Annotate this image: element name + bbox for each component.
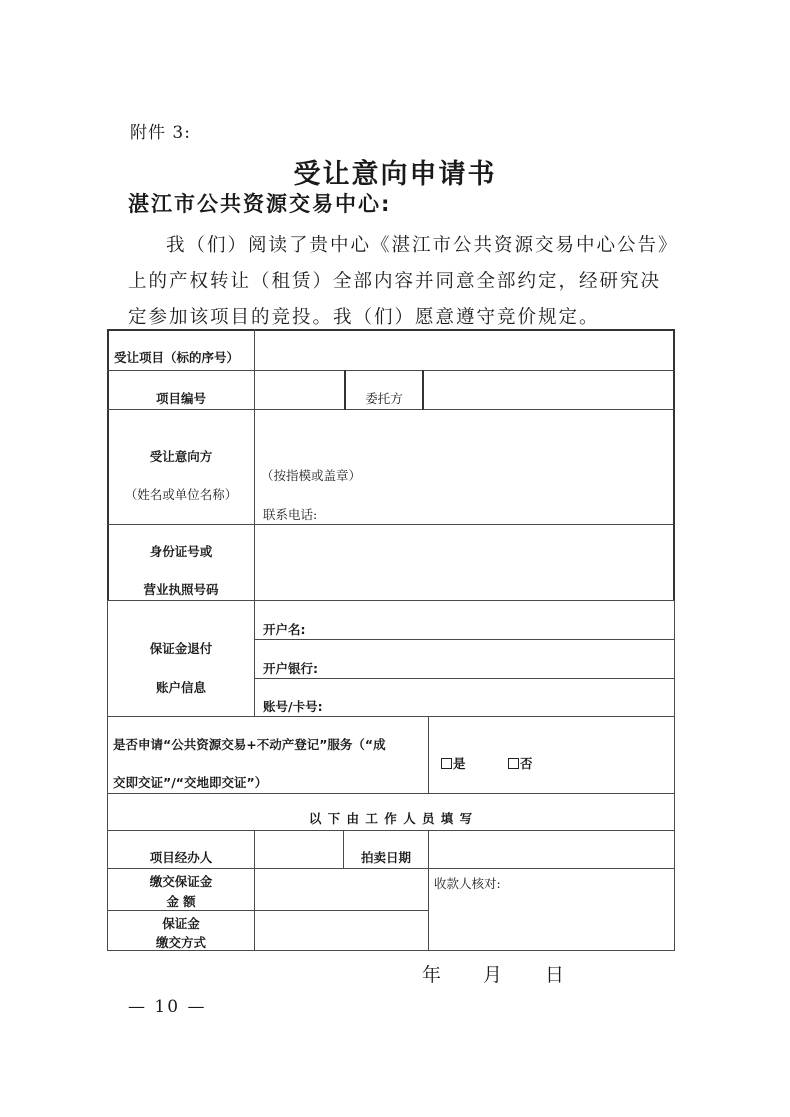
- deposit-method-input[interactable]: [256, 912, 427, 949]
- intro-paragraph: 我（们）阅读了贵中心《湛江市公共资源交易中心公告》 上的产权转让（租赁）全部内容…: [128, 228, 678, 336]
- col-divider: [254, 830, 255, 951]
- auction-date-input[interactable]: [430, 832, 673, 867]
- deposit-amount-input[interactable]: [256, 870, 427, 909]
- date-year: 年: [422, 960, 441, 987]
- id-number-input[interactable]: [256, 526, 672, 599]
- service-question-line2: 交即交证”/“交地即交证”）: [113, 773, 267, 791]
- table-border-right-lower: [674, 600, 675, 951]
- intro-line-1: 我（们）阅读了贵中心《湛江市公共资源交易中心公告》: [128, 228, 678, 264]
- service-question-line1: 是否申请“公共资源交易+不动产登记”服务（“成: [113, 735, 386, 753]
- account-no-label: 账号/卡号:: [263, 697, 323, 715]
- option-no[interactable]: 否: [508, 754, 533, 772]
- deposit-method-line1: 保证金: [108, 914, 254, 932]
- account-name-label: 开户名:: [263, 620, 306, 638]
- account-no-input[interactable]: [350, 680, 672, 715]
- id-label-line2: 营业执照号码: [108, 580, 254, 598]
- row-divider: [107, 524, 674, 525]
- handler-input[interactable]: [256, 832, 342, 867]
- col-divider: [428, 830, 429, 951]
- deposit-amount-line1: 缴交保证金: [108, 872, 254, 890]
- auction-date-label: 拍卖日期: [344, 848, 428, 866]
- bank-input[interactable]: [340, 641, 672, 677]
- entrustor-input[interactable]: [424, 372, 672, 408]
- applicant-label: 受让意向方: [108, 447, 254, 465]
- entrustor-label: 委托方: [346, 389, 422, 407]
- checkbox-yes[interactable]: [441, 758, 452, 769]
- account-name-input[interactable]: [330, 602, 672, 638]
- deposit-amount-line2: 金 额: [108, 892, 254, 910]
- date-day: 日: [545, 960, 564, 987]
- refund-label-line2: 账户信息: [108, 678, 254, 696]
- handler-label: 项目经办人: [108, 848, 254, 866]
- id-label-line1: 身份证号或: [108, 542, 254, 560]
- addressee: 湛江市公共资源交易中心:: [128, 188, 391, 218]
- row-divider: [107, 370, 674, 371]
- deposit-method-line2: 缴交方式: [108, 933, 254, 951]
- intro-line-2: 上的产权转让（租赁）全部内容并同意全部约定，经研究决: [128, 264, 678, 300]
- project-no-label: 项目编号: [108, 389, 254, 407]
- project-no-input[interactable]: [256, 372, 343, 408]
- applicant-input[interactable]: [256, 411, 672, 523]
- refund-label-line1: 保证金退付: [108, 639, 254, 657]
- date-month: 月: [483, 960, 502, 987]
- option-no-label: 否: [520, 756, 533, 771]
- checkbox-no[interactable]: [508, 758, 519, 769]
- row-divider: [107, 910, 428, 911]
- row-divider: [254, 678, 674, 679]
- col-divider: [428, 716, 429, 793]
- staff-section-title: 以 下 由 工 作 人 员 填 写: [108, 809, 674, 827]
- project-label: 受让项目（标的序号）: [114, 348, 239, 366]
- row-divider: [107, 600, 674, 601]
- document-title: 受让意向申请书: [0, 152, 790, 191]
- row-divider: [107, 868, 674, 869]
- row-divider: [107, 716, 674, 717]
- option-yes-label: 是: [453, 756, 466, 771]
- row-divider: [107, 793, 674, 794]
- project-input[interactable]: [256, 331, 672, 369]
- bank-label: 开户银行:: [263, 659, 318, 677]
- row-divider: [107, 409, 674, 410]
- applicant-sublabel: （姓名或单位名称）: [108, 485, 254, 503]
- row-divider: [254, 639, 674, 640]
- col-divider: [254, 329, 255, 716]
- option-yes[interactable]: 是: [441, 754, 466, 772]
- attachment-label: 附件 3:: [130, 118, 191, 143]
- page-number: — 10 —: [128, 997, 206, 1017]
- cashier-input[interactable]: [430, 870, 673, 949]
- row-divider: [107, 830, 674, 831]
